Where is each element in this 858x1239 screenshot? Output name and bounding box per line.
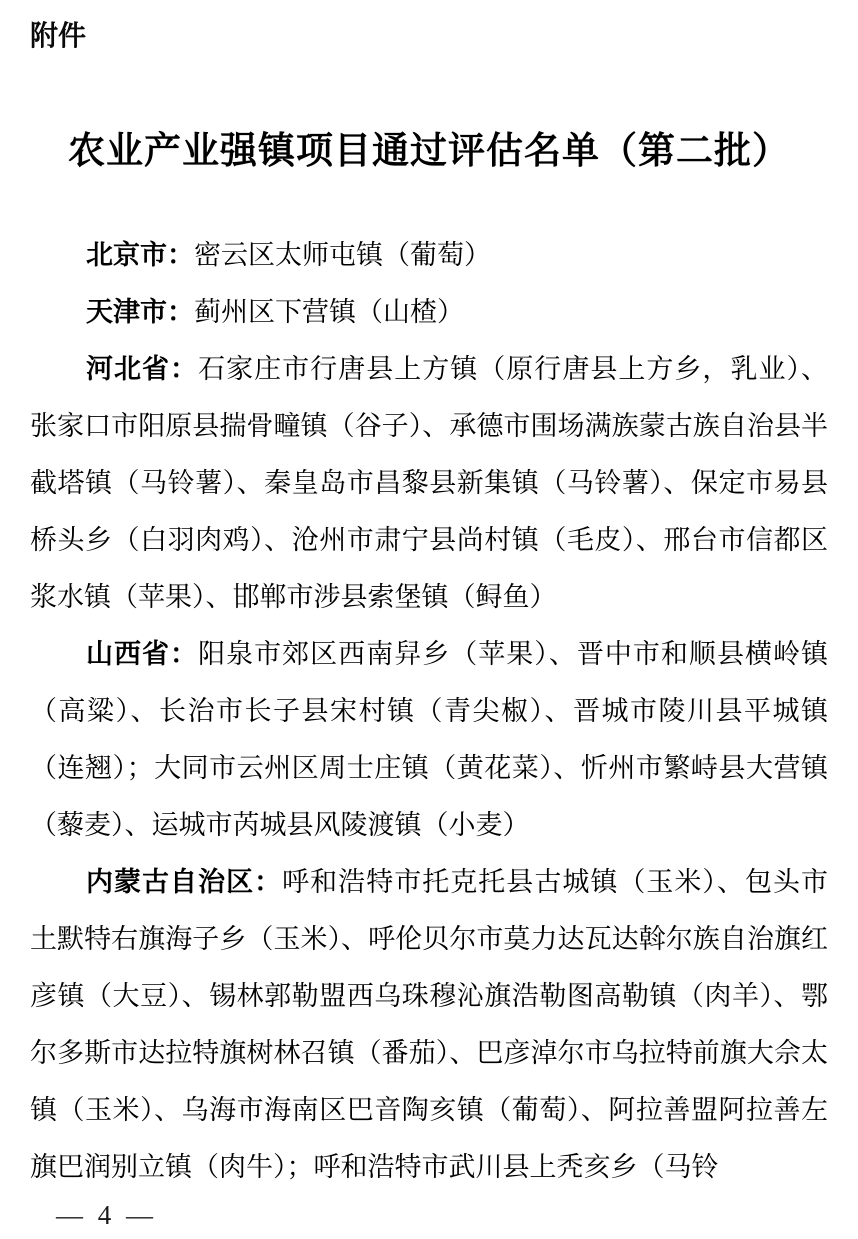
attachment-label: 附件 [30,18,828,54]
paragraph-text: 密云区太师屯镇（葡萄） [194,240,491,270]
province-paragraph: 内蒙古自治区：呼和浩特市托克托县古城镇（玉米）、包头市土默特右旗海子乡（玉米）、… [30,854,828,1196]
province-paragraph: 河北省：石家庄市行唐县上方镇（原行唐县上方乡，乳业）、张家口市阳原县揣骨疃镇（谷… [30,341,828,626]
paragraph-text: 石家庄市行唐县上方镇（原行唐县上方乡，乳业）、张家口市阳原县揣骨疃镇（谷子）、承… [30,354,828,612]
paragraph-text: 蓟州区下营镇（山楂） [194,297,464,327]
paragraph-text: 阳泉市郊区西南舁乡（苹果）、晋中市和顺县横岭镇（高粱）、长治市长子县宋村镇（青尖… [30,639,828,840]
document-title: 农业产业强镇项目通过评估名单（第二批） [30,126,828,178]
province-paragraph: 天津市：蓟州区下营镇（山楂） [30,284,828,341]
document-body: 北京市：密云区太师屯镇（葡萄）天津市：蓟州区下营镇（山楂）河北省：石家庄市行唐县… [30,227,828,1196]
province-label: 山西省： [86,639,198,669]
page-number: — 4 — [56,1198,153,1232]
province-label: 河北省： [86,354,198,384]
province-label: 北京市： [86,240,194,270]
province-label: 天津市： [86,297,194,327]
province-label: 内蒙古自治区： [86,867,282,897]
province-paragraph: 北京市：密云区太师屯镇（葡萄） [30,227,828,284]
province-paragraph: 山西省：阳泉市郊区西南舁乡（苹果）、晋中市和顺县横岭镇（高粱）、长治市长子县宋村… [30,626,828,854]
document-page: 附件 农业产业强镇项目通过评估名单（第二批） 北京市：密云区太师屯镇（葡萄）天津… [0,0,858,1239]
paragraph-text: 呼和浩特市托克托县古城镇（玉米）、包头市土默特右旗海子乡（玉米）、呼伦贝尔市莫力… [30,867,828,1182]
